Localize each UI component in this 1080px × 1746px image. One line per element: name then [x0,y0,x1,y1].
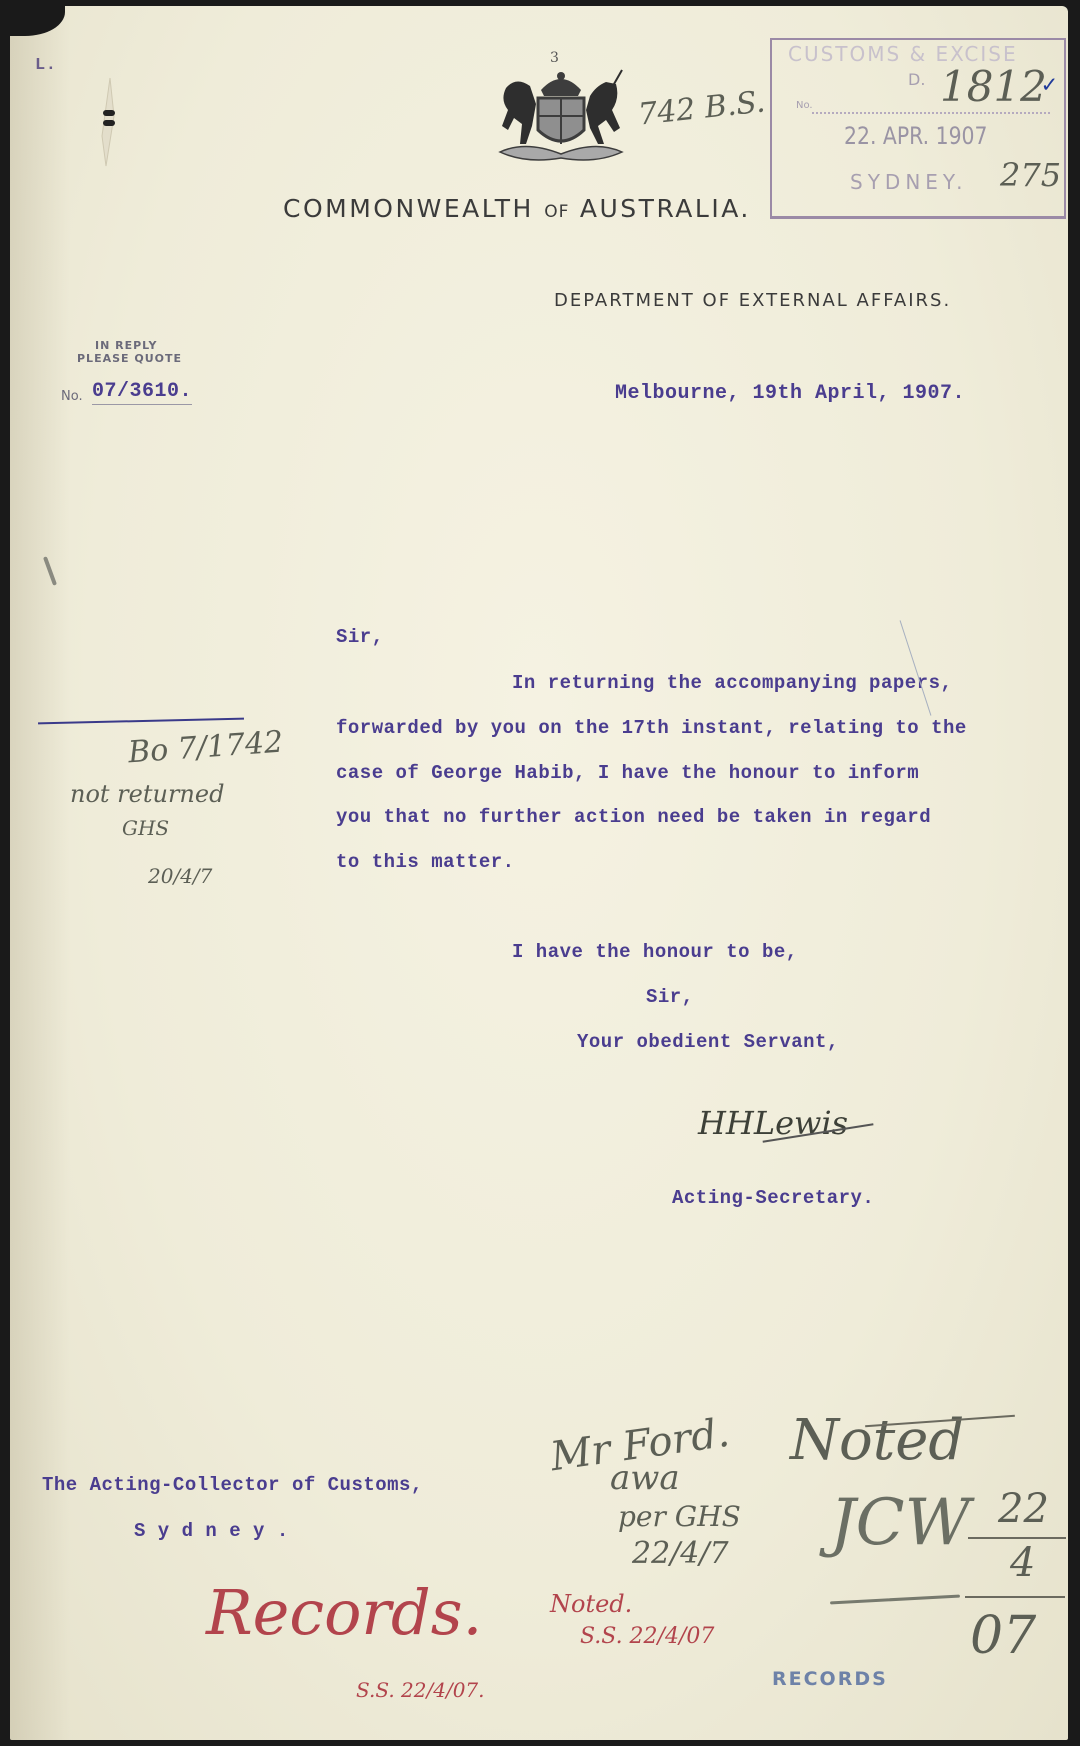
signatory-title: Acting-Secretary. [672,1187,874,1209]
department-heading: DEPARTMENT OF EXTERNAL AFFAIRS. [554,290,951,311]
stray-pencil-line [900,620,932,715]
ford-annotation-initials: per GHS [618,1500,741,1533]
initials-annotation: JCW [830,1486,970,1560]
noted-red-label: Noted. [550,1590,632,1618]
stamp-date: 22. APR. 1907 [844,122,988,150]
country-word-1: COMMONWEALTH [283,194,534,223]
stamp-place-suffix: 275 [1000,156,1061,194]
addressee-line-2: S y d n e y . [134,1520,289,1542]
country-heading: COMMONWEALTH OF AUSTRALIA. [283,194,751,223]
initials-underline [830,1595,960,1605]
country-word-3: AUSTRALIA. [580,194,751,223]
stamp-no-label: No. [796,100,813,111]
margin-note-status: not returned [70,780,224,808]
margin-rule [38,718,244,725]
place-date: Melbourne, 19th April, 1907. [615,382,965,405]
margin-note-date: 20/4/7 [148,864,212,888]
closing-line-1: I have the honour to be, [512,941,798,963]
pencil-mark [43,556,57,586]
ford-annotation-word: awa [610,1458,680,1498]
country-word-2: OF [544,202,569,222]
reference-number: 07/3610. [92,380,192,405]
addressee-line-1: The Acting-Collector of Customs, [42,1474,423,1496]
reference-no-label: No. [61,389,83,404]
check-mark-icon: ✓ [1042,70,1056,100]
fraction-year: 07 [970,1606,1036,1666]
margin-note-initials: GHS [122,816,169,840]
body-line-5: to this matter. [336,851,515,873]
stamp-no-prefix: D. [908,70,925,89]
page-mark: L. [35,56,56,75]
crest-annotation: 3 [550,50,559,66]
fraction-rule-2 [965,1596,1065,1598]
file-ref-annotation: 742 B.S. [637,84,767,132]
fraction-day: 22 [998,1486,1049,1532]
reference-label-2: PLEASE QUOTE [77,352,182,365]
margin-note-file: Bo 7/1742 [127,725,284,771]
body-line-4: you that no further action need be taken… [336,806,931,828]
ford-annotation-date: 22/4/7 [632,1536,729,1571]
closing-line-3: Your obedient Servant, [577,1031,839,1053]
records-red-annotation: Records. [206,1576,482,1649]
stamp-place: SYDNEY. [850,170,967,194]
stamp-number: 1812 [940,62,1047,111]
signature: HHLewis [698,1104,848,1142]
body-line-1: In returning the accompanying papers, [512,672,952,694]
records-stamp: RECORDS [772,1668,888,1690]
pin-hole [98,76,120,168]
reference-label-1: IN REPLY [95,339,157,352]
body-line-2: forwarded by you on the 17th instant, re… [336,717,967,739]
torn-corner [10,6,65,36]
closing-line-2: Sir, [646,986,694,1008]
records-red-signature: S.S. 22/4/07. [356,1678,485,1702]
body-line-3: case of George Habib, I have the honour … [336,762,919,784]
fraction-month: 4 [1010,1540,1035,1586]
received-stamp: CUSTOMS & EXCISE No. D. 1812 ✓ 22. APR. … [770,38,1066,219]
letter-page: L. 3 742 B.S. CUSTOMS & EXCISE No. D. 18… [10,6,1068,1740]
coat-of-arms-icon: 3 [486,48,636,166]
salutation: Sir, [336,626,384,648]
noted-red-signature: S.S. 22/4/07 [580,1624,714,1649]
stamp-dotted-line [812,112,1050,114]
noted-annotation: Noted [790,1408,964,1473]
fraction-rule-1 [968,1537,1066,1539]
